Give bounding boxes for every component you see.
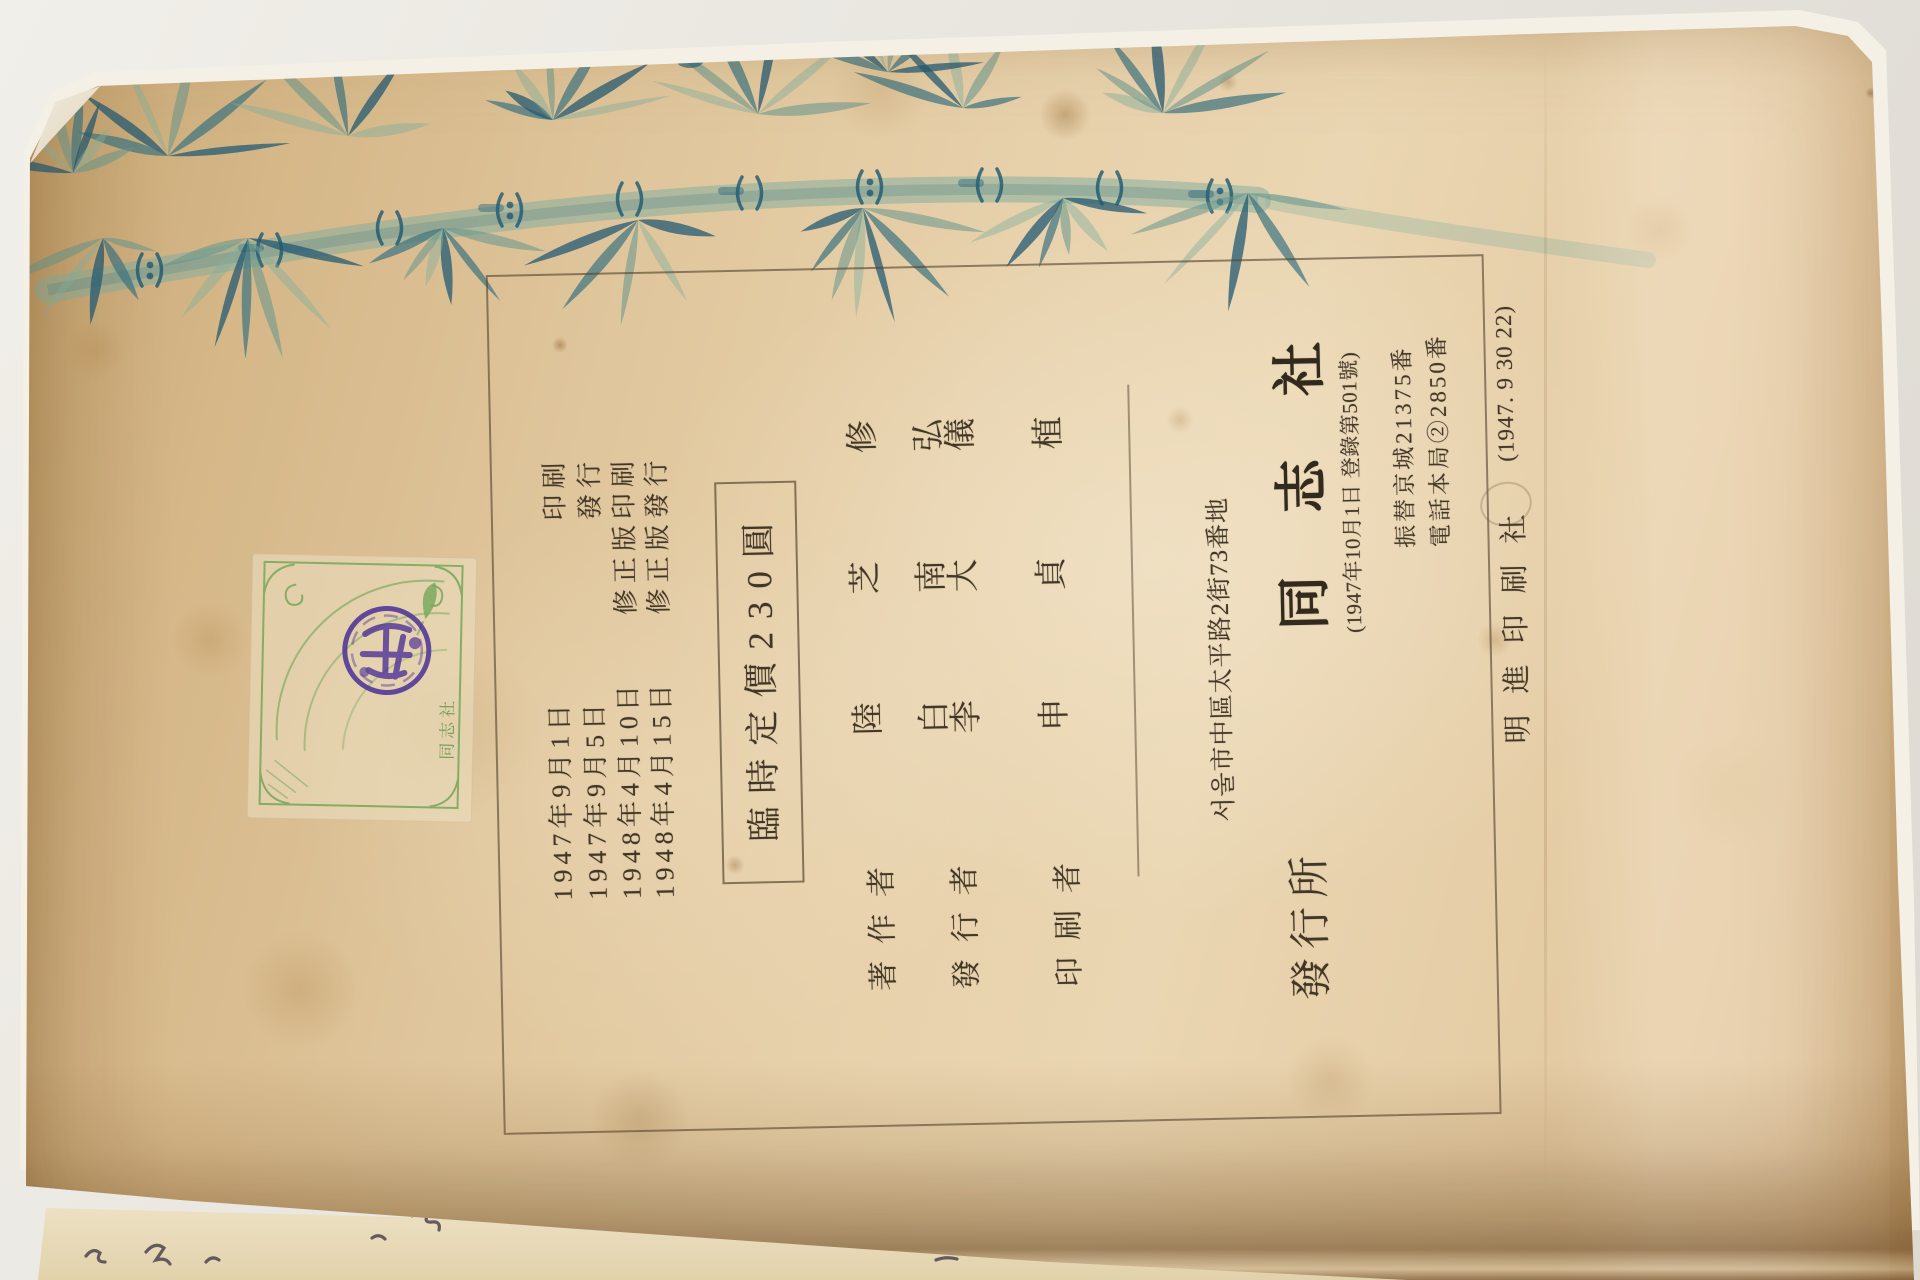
photo-of-book-colophon-page: 同志社 1947年9月1日 印刷 bbox=[0, 0, 1920, 1280]
vignette bbox=[0, 0, 1920, 1280]
book-page: 同志社 1947年9月1日 印刷 bbox=[0, 0, 1920, 1280]
